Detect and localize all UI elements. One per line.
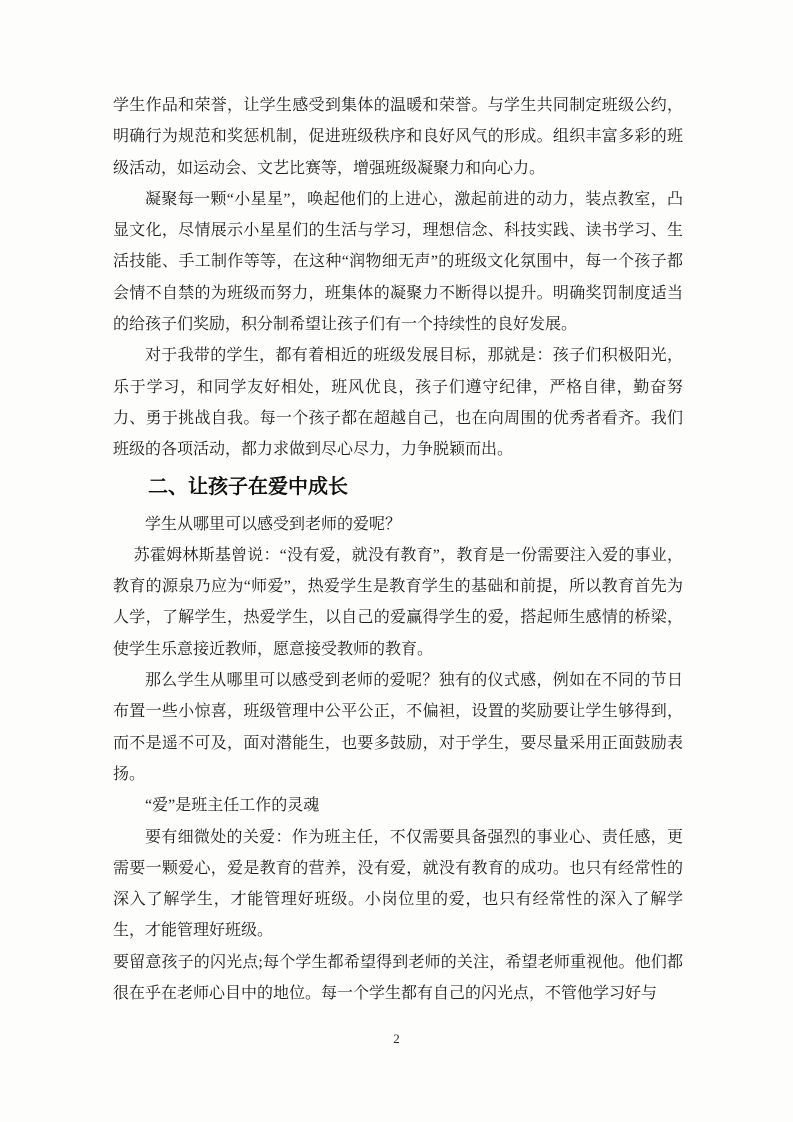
paragraph: 学生作品和荣誉，让学生感受到集体的温暖和荣誉。与学生共同制定班级公约，明确行为规… xyxy=(113,90,683,184)
paragraph: 苏霍姆林斯基曾说：“没有爱，就没有教育”，教育是一份需要注入爱的事业，教育的源泉… xyxy=(113,540,683,665)
document-page: 学生作品和荣誉，让学生感受到集体的温暖和荣誉。与学生共同制定班级公约，明确行为规… xyxy=(0,0,793,1122)
paragraph: 要有细微处的关爱：作为班主任，不仅需要具备强烈的事业心、责任感，更需要一颗爱心，… xyxy=(113,822,683,947)
paragraph: 凝聚每一颗“小星星”，唤起他们的上进心，激起前进的动力，装点教室，凸显文化，尽情… xyxy=(113,184,683,340)
paragraph: 要留意孩子的闪光点;每个学生都希望得到老师的关注，希望老师重视他。他们都很在乎在… xyxy=(113,947,683,1010)
page-number: 2 xyxy=(0,1031,793,1047)
page-body: 学生作品和荣誉，让学生感受到集体的温暖和荣誉。与学生共同制定班级公约，明确行为规… xyxy=(113,90,683,1009)
paragraph: 对于我带的学生，都有着相近的班级发展目标，那就是：孩子们积极阳光，乐于学习，和同… xyxy=(113,340,683,465)
section-heading: 二、让孩子在爱中成长 xyxy=(113,472,683,502)
subheading-line: “爱”是班主任工作的灵魂 xyxy=(113,790,683,821)
paragraph: 学生从哪里可以感受到老师的爱呢？ xyxy=(113,509,683,540)
paragraph: 那么学生从哪里可以感受到老师的爱呢？独有的仪式感，例如在不同的节日布置一些小惊喜… xyxy=(113,665,683,790)
